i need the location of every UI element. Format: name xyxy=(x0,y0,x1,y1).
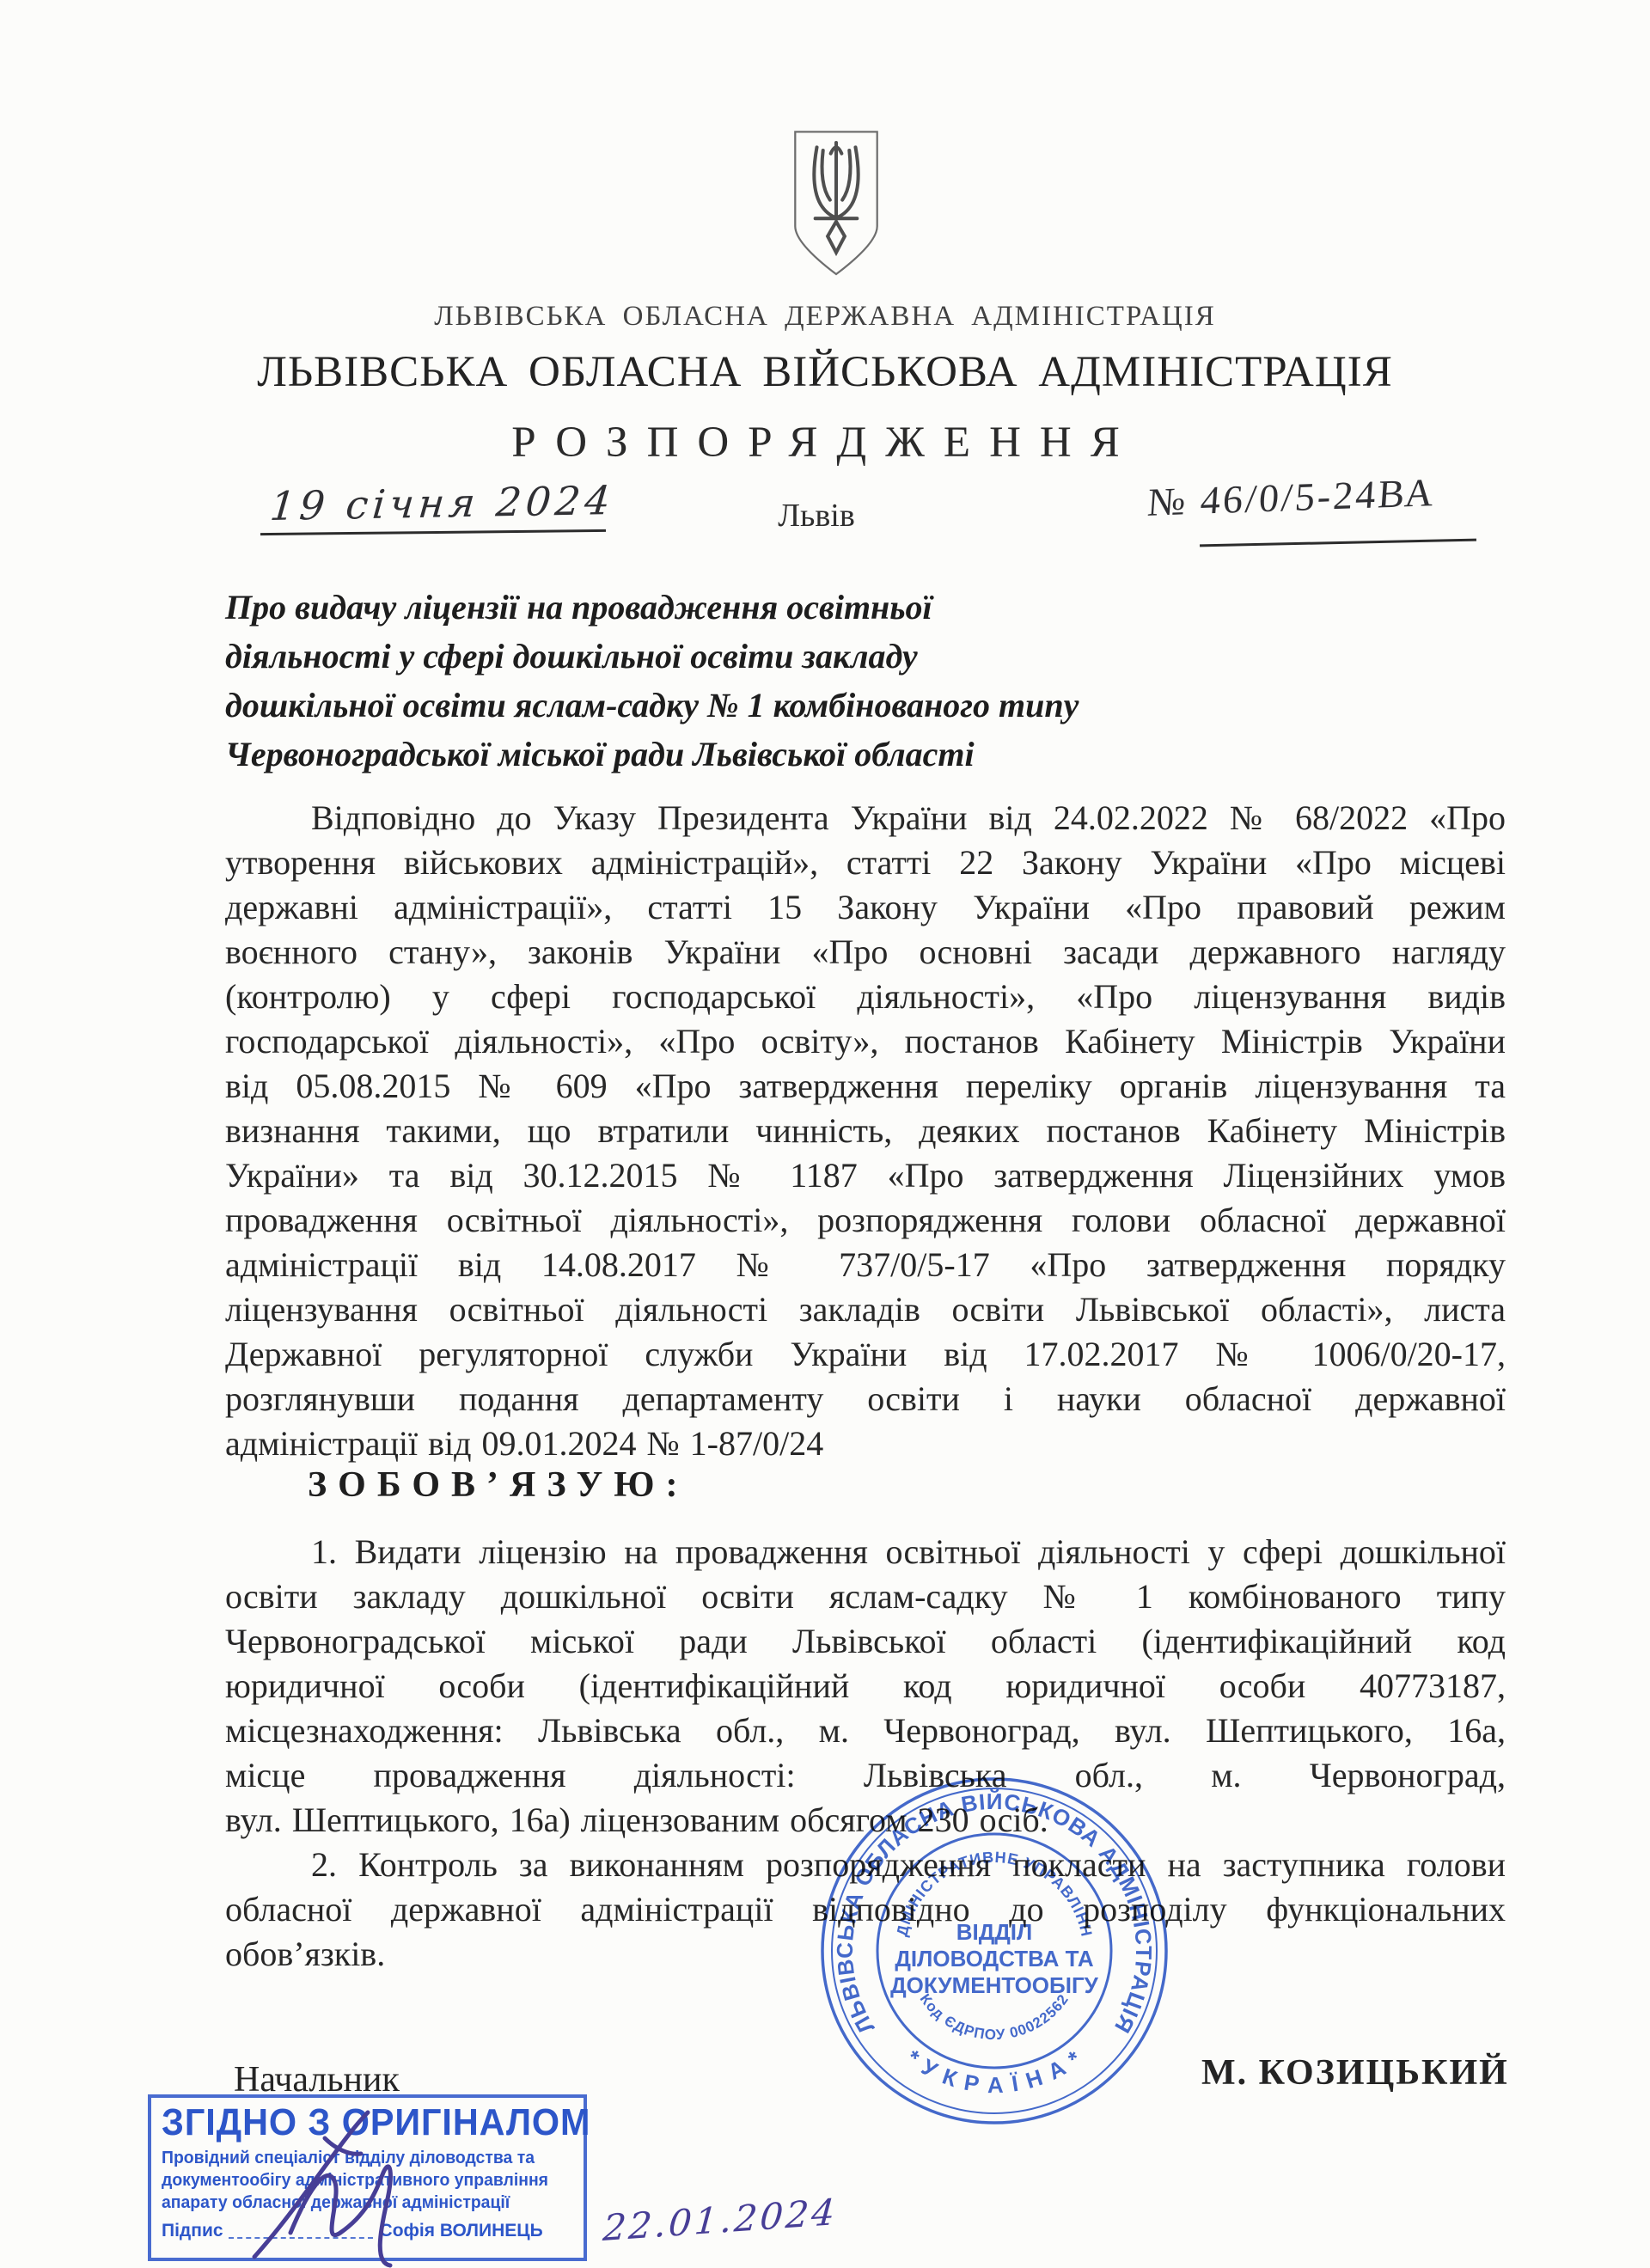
preamble-paragraph: Відповідно до Указу Президента України в… xyxy=(225,796,1506,1466)
number-underline xyxy=(1200,539,1476,547)
stamp-outer-top-text: ЛЬВІВСЬКА ОБЛАСНА ВІЙСЬКОВА АДМІНІСТРАЦІ… xyxy=(832,1788,1157,2039)
stamp-inner-bottom-text: Код ЄДРПОУ 00022562 xyxy=(917,1991,1072,2044)
handwritten-document-number: № 46/0/5-24ВА xyxy=(1146,469,1438,525)
text-line: воєнного стану», законів України «Про ос… xyxy=(225,930,1506,975)
text-line: юридичної особи (ідентифікаційний код юр… xyxy=(225,1664,1506,1709)
text-line: Червоноградської міської ради Львівської… xyxy=(225,1619,1506,1664)
signature-label: Підпис xyxy=(162,2221,223,2241)
stamp-center-line-2: ДІЛОВОДСТВА ТА xyxy=(895,1946,1093,1972)
stamp-center-line-3: ДОКУМЕНТООБІГУ xyxy=(890,1972,1099,1998)
handwritten-date: 19 січня 2024 xyxy=(268,477,616,529)
text-line: діяльності у сфері дошкільної освіти зак… xyxy=(225,632,1222,681)
place-label: Львів xyxy=(748,497,885,535)
text-line: Червоноградської міської ради Львівської… xyxy=(225,730,1222,779)
text-line: дошкільної освіти яслам-садку № 1 комбін… xyxy=(225,681,1222,730)
signer-name: М. КОЗИЦЬКИЙ xyxy=(1201,2052,1509,2094)
resolution-word: ЗОБОВ’ЯЗУЮ: xyxy=(308,1464,689,1506)
text-line: державні адміністрації», статті 15 Закон… xyxy=(225,885,1506,930)
text-line: Відповідно до Указу Президента України в… xyxy=(225,796,1506,841)
stamp-center-line-1: ВІДДІЛ xyxy=(956,1919,1033,1945)
document-type-heading: РОЗПОРЯДЖЕННЯ xyxy=(0,418,1650,468)
handwritten-certification-date: 22.01.2024 xyxy=(602,2191,839,2249)
date-underline xyxy=(260,529,606,535)
text-line: господарської діяльності», «Про освіту»,… xyxy=(225,1019,1506,1064)
organization-name: ЛЬВІВСЬКА ОБЛАСНА ВІЙСЬКОВА АДМІНІСТРАЦІ… xyxy=(0,347,1650,397)
text-line: Державної регуляторної служби України ві… xyxy=(225,1332,1506,1377)
text-line: адміністрації від 09.01.2024 № 1-87/0/24 xyxy=(225,1421,1506,1466)
text-line: освіти закладу дошкільної освіти яслам-с… xyxy=(225,1574,1506,1619)
stamp-outer-bottom-text: * У К Р А Ї Н А * xyxy=(901,2045,1087,2098)
round-official-stamp: ЛЬВІВСЬКА ОБЛАСНА ВІЙСЬКОВА АДМІНІСТРАЦІ… xyxy=(814,1770,1175,2131)
document-title: Про видачу ліцензії на провадження освіт… xyxy=(225,583,1222,779)
text-line: ліцензування освітньої діяльності заклад… xyxy=(225,1287,1506,1332)
text-line: розглянувши подання департаменту освіти … xyxy=(225,1377,1506,1421)
text-line: Про видачу ліцензії на провадження освіт… xyxy=(225,583,1222,632)
trident-icon xyxy=(780,127,892,282)
text-line: утворення військових адміністрацій», ста… xyxy=(225,841,1506,885)
text-line: місцезнаходження: Львівська обл., м. Чер… xyxy=(225,1709,1506,1753)
text-line: 1. Видати ліцензію на провадження освітн… xyxy=(225,1530,1506,1574)
text-line: України» та від 30.12.2015 № 1187 «Про з… xyxy=(225,1153,1506,1198)
text-line: адміністрації від 14.08.2017 № 737/0/5-1… xyxy=(225,1243,1506,1287)
text-line: провадження освітньої діяльності», розпо… xyxy=(225,1198,1506,1243)
parent-organization-name: ЛЬВІВСЬКА ОБЛАСНА ДЕРЖАВНА АДМІНІСТРАЦІЯ xyxy=(0,301,1650,333)
scanned-document-page: ЛЬВІВСЬКА ОБЛАСНА ДЕРЖАВНА АДМІНІСТРАЦІЯ… xyxy=(0,0,1650,2268)
text-line: (контролю) у сфері господарської діяльно… xyxy=(225,975,1506,1019)
handwritten-signature xyxy=(239,2104,497,2268)
text-line: визнання такими, що втратили чинність, д… xyxy=(225,1109,1506,1153)
text-line: від 05.08.2015 № 609 «Про затвердження п… xyxy=(225,1064,1506,1109)
ukraine-trident-emblem xyxy=(780,127,892,282)
